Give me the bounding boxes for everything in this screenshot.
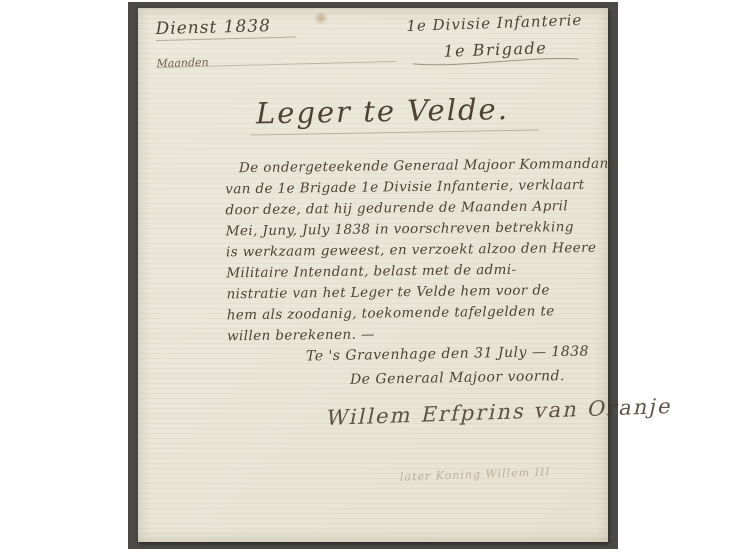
letter-body: De ondergeteekende Generaal Majoor Komma… — [225, 154, 609, 348]
letter-paper: Dienst 1838 Maanden 1e Divisie Infanteri… — [138, 8, 608, 542]
maanden-label: Maanden — [156, 51, 396, 70]
dienst-year-label: Dienst 1838 — [155, 13, 395, 39]
signature: Willem Erfprins van Oranje — [324, 394, 675, 430]
header-right: 1e Divisie Infanterie 1e Brigade — [389, 10, 601, 72]
letter-title: Leger te Velde. — [250, 91, 540, 135]
pencil-annotation: later Koning Willem III — [400, 465, 551, 483]
closing-place-date: Te 's Gravenhage den 31 July — 1838 — [306, 344, 589, 365]
division-label: 1e Divisie Infanterie — [389, 10, 600, 35]
header-left: Dienst 1838 Maanden — [155, 13, 396, 68]
closing-signoff: De Generaal Majoor voornd. — [350, 368, 565, 388]
scan-page: { "colors": { "backdrop": "#4b4a46", "pa… — [0, 0, 740, 557]
